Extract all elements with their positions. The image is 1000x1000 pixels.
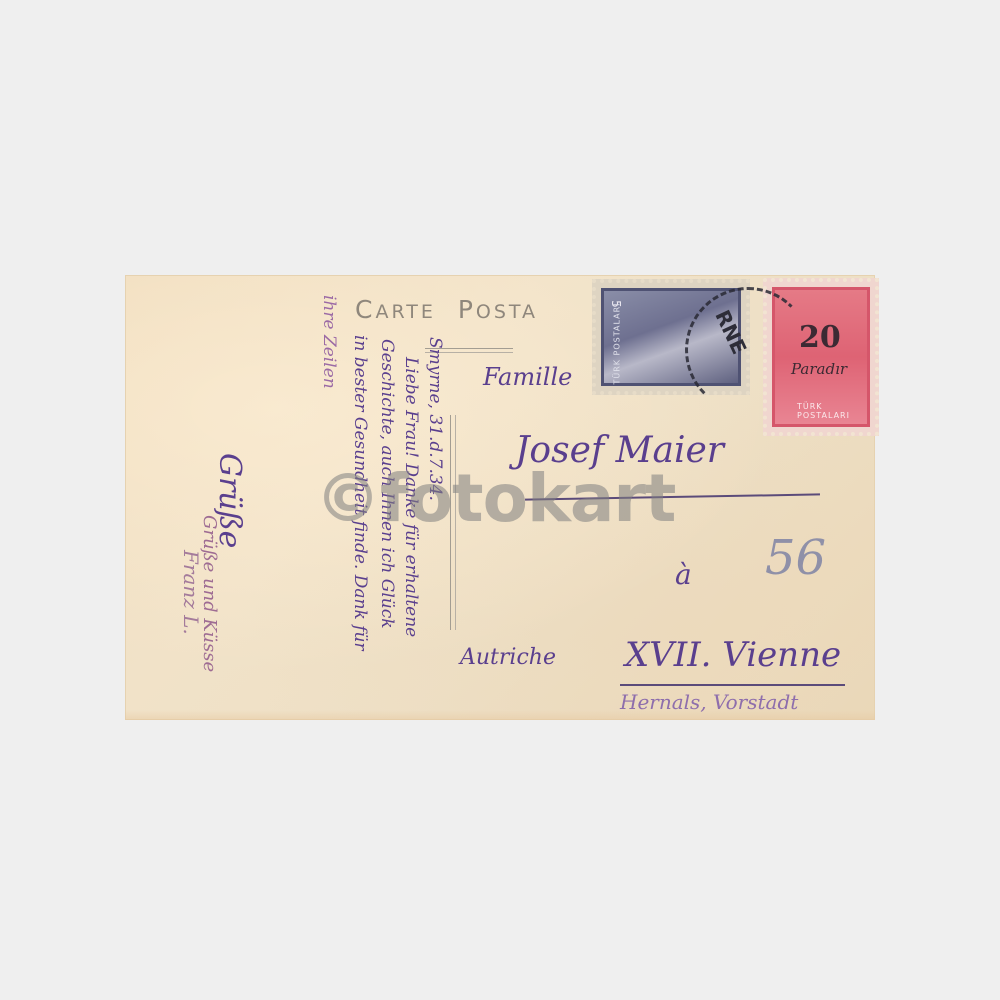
- message-line: ihre Zeilen: [319, 295, 339, 389]
- title-initial-c: C: [355, 295, 375, 324]
- address-salutation: Famille: [483, 363, 572, 391]
- address-preposition: à: [675, 558, 692, 591]
- printed-title: CARTE POSTA: [355, 295, 538, 324]
- message-signature: Franz L.: [179, 550, 203, 635]
- postcard: CARTE POSTA Smyrne, 31.d.7.34. Liebe Fra…: [125, 275, 875, 720]
- blue-stamp-label: TÜRK POSTALARI: [613, 302, 622, 384]
- address-city: XVII. Vienne: [625, 635, 841, 675]
- pencil-note: 56: [765, 530, 826, 586]
- title-rest-posta: OSTA: [476, 301, 538, 323]
- title-initial-p: P: [458, 295, 476, 324]
- red-stamp-label: TÜRK POSTALARI: [797, 402, 867, 420]
- address-country: Autriche: [460, 645, 556, 670]
- postmark-cancel: [685, 287, 811, 413]
- watermark: ©fotokart: [315, 460, 675, 537]
- title-rest-carte: ARTE: [375, 301, 435, 323]
- address-district: Hernals, Vorstadt: [620, 690, 798, 714]
- city-underline: [620, 684, 845, 686]
